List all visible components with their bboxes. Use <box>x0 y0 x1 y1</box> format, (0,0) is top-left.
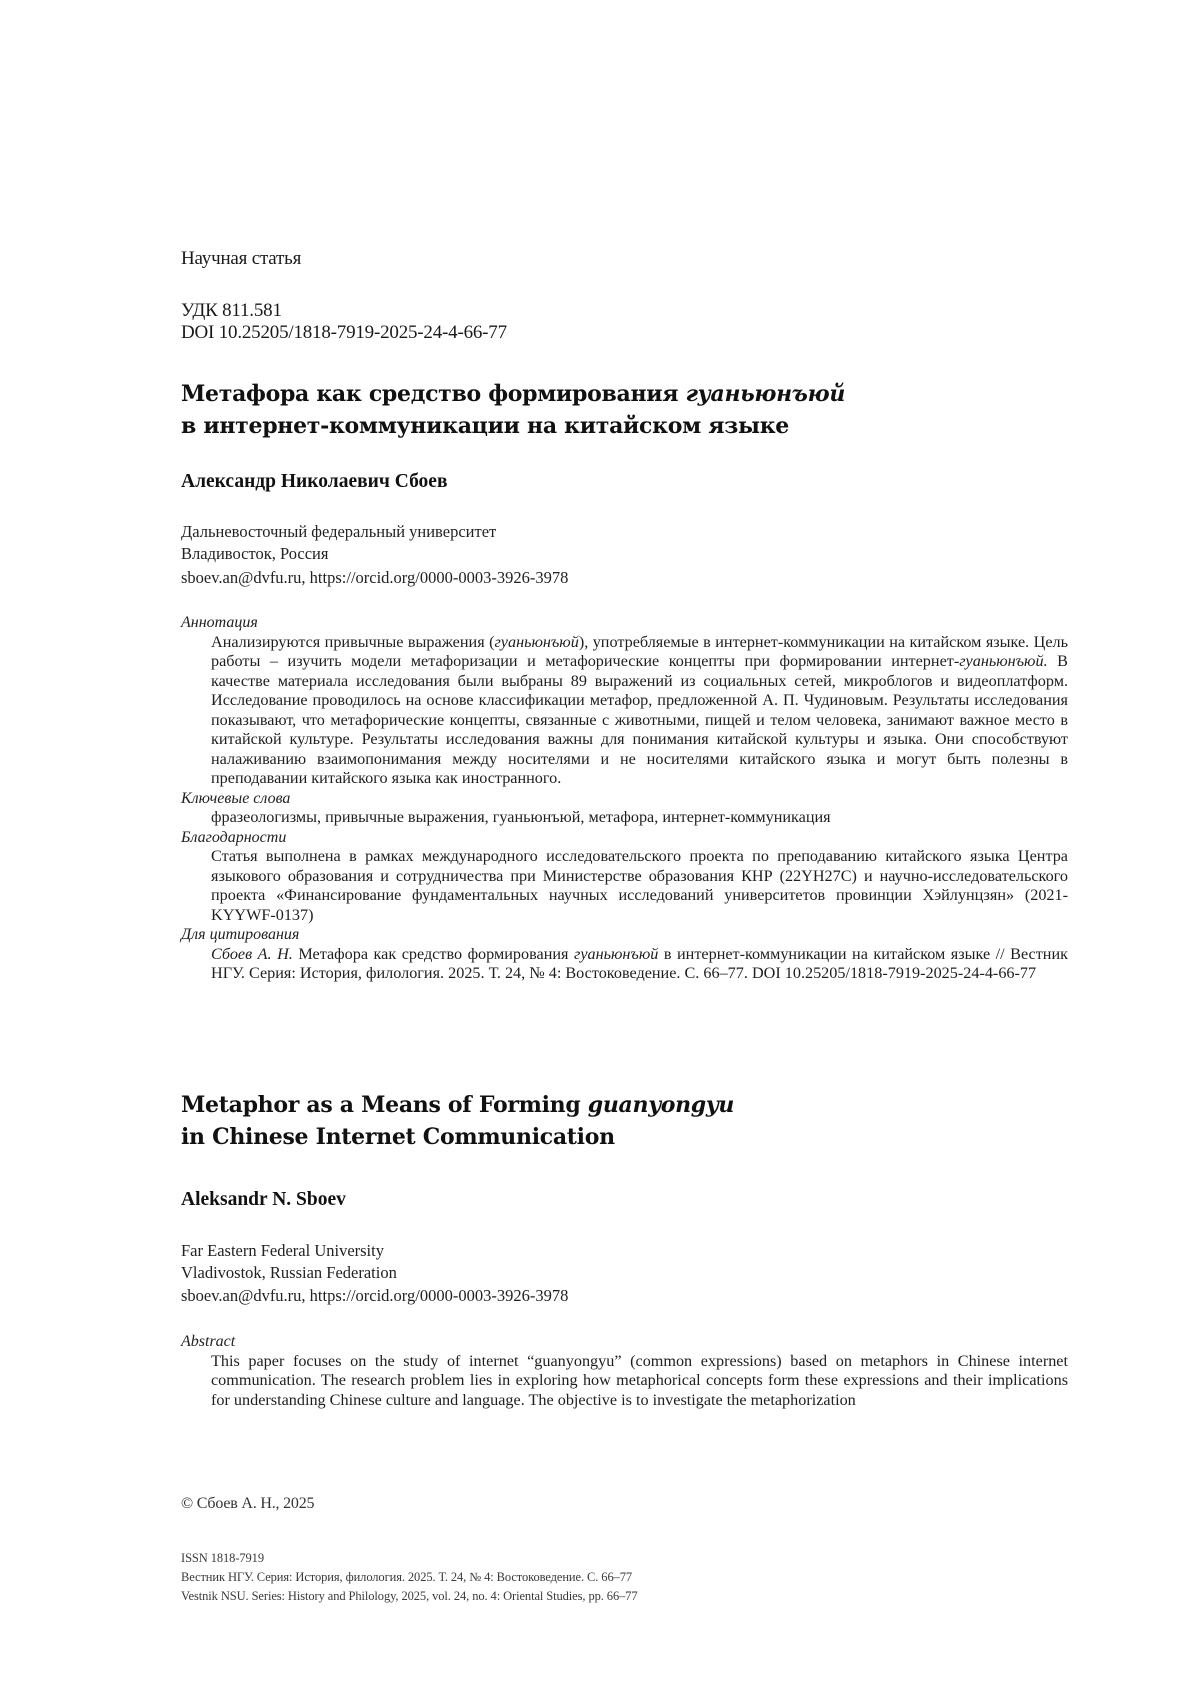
author-en: Aleksandr N. Sboev <box>181 1188 346 1212</box>
affiliation-ru: Дальневосточный федеральный университет … <box>181 521 496 565</box>
abstract-ru-term: гуаньюнъюй <box>494 633 578 651</box>
copyright-notice: © Сбоев А. Н., 2025 <box>181 1494 314 1514</box>
abstract-ru: Анализируются привычные выражения (гуань… <box>211 633 1068 789</box>
citation-term: гуаньюнъюй <box>574 945 658 963</box>
citation-ru-label: Для цитирования <box>181 925 1068 945</box>
title-en: Metaphor as a Means of Forming guanyongy… <box>181 1089 734 1153</box>
abstract-en: This paper focuses on the study of inter… <box>211 1352 1068 1411</box>
title-en-line1: Metaphor as a Means of Forming <box>181 1092 588 1118</box>
title-ru-line2: в интернет-коммуникации на китайском язы… <box>181 410 845 442</box>
abstract-ru-term: гуаньюнъюй. <box>959 652 1047 670</box>
citation-author: Сбоев А. Н. <box>211 945 293 963</box>
author-ru: Александр Николаевич Сбоев <box>181 470 448 494</box>
abstract-ru-text: Анализируются привычные выражения ( <box>211 633 494 651</box>
contact-en: sboev.an@dvfu.ru, https://orcid.org/0000… <box>181 1285 568 1307</box>
contact-ru: sboev.an@dvfu.ru, https://orcid.org/0000… <box>181 567 568 589</box>
affiliation-ru-location: Владивосток, Россия <box>181 543 496 565</box>
abstract-ru-text: В качестве материала исследования были в… <box>211 652 1068 787</box>
acknowledgements-ru-label: Благодарности <box>181 828 1068 848</box>
title-ru-line1: Метафора как средство формирования <box>181 381 686 407</box>
citation-ru: Сбоев А. Н. Метафора как средство формир… <box>211 945 1068 984</box>
title-ru-term: гуаньюнъюй <box>686 381 845 407</box>
ru-meta-section: Аннотация Анализируются привычные выраже… <box>181 613 1068 984</box>
issn: ISSN 1818-7919 <box>181 1549 638 1568</box>
citation-text: Метафора как средство формирования <box>293 945 574 963</box>
affiliation-en: Far Eastern Federal University Vladivost… <box>181 1240 397 1284</box>
keywords-ru: фразеологизмы, привычные выражения, гуан… <box>211 808 1068 828</box>
acknowledgements-ru: Статья выполнена в рамках международного… <box>211 847 1068 925</box>
affiliation-en-university: Far Eastern Federal University <box>181 1240 397 1262</box>
title-en-term: guanyongyu <box>588 1092 734 1118</box>
affiliation-ru-university: Дальневосточный федеральный университет <box>181 521 496 543</box>
affiliation-en-location: Vladivostok, Russian Federation <box>181 1262 397 1284</box>
title-en-line2: in Chinese Internet Communication <box>181 1121 734 1153</box>
abstract-en-label: Abstract <box>181 1332 1068 1352</box>
journal-citation-en: Vestnik NSU. Series: History and Philolo… <box>181 1587 638 1606</box>
udk-code: УДК 811.581 <box>181 300 282 322</box>
journal-citation-ru: Вестник НГУ. Серия: История, филология. … <box>181 1568 638 1587</box>
keywords-ru-label: Ключевые слова <box>181 789 1068 809</box>
abstract-ru-label: Аннотация <box>181 613 1068 633</box>
journal-footer: ISSN 1818-7919 Вестник НГУ. Серия: Истор… <box>181 1549 638 1606</box>
doi: DOI 10.25205/1818-7919-2025-24-4-66-77 <box>181 322 507 344</box>
title-ru: Метафора как средство формирования гуань… <box>181 378 845 442</box>
en-meta-section: Abstract This paper focuses on the study… <box>181 1332 1068 1410</box>
article-type: Научная статья <box>181 248 301 270</box>
